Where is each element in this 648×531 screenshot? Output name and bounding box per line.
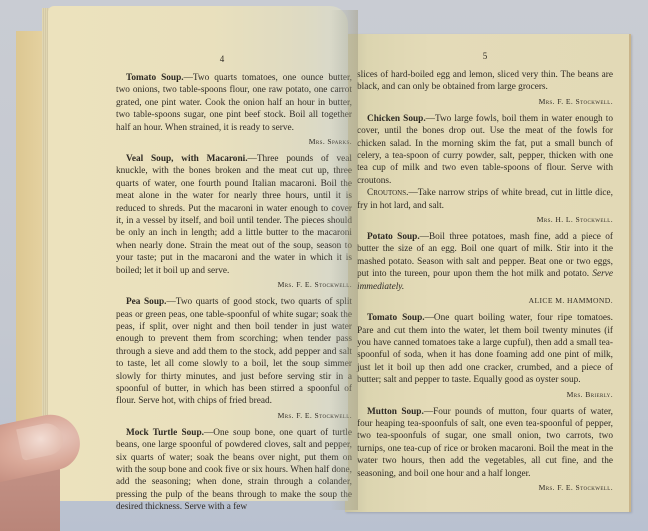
recipe-mutton-soup: Mutton Soup.—Four pounds of mutton, four… bbox=[357, 406, 613, 480]
recipe-title: Pea Soup. bbox=[126, 297, 167, 307]
recipe-attribution: Mrs. F. E. Stockwell. bbox=[357, 96, 613, 107]
recipe-croutons: Croutons.—Take narrow strips of white br… bbox=[357, 187, 613, 212]
left-page: 4 Tomato Soup.—Two quarts tomatoes, one … bbox=[48, 6, 348, 501]
recipe-chicken-soup: Chicken Soup.—Two large fowls, boil them… bbox=[357, 113, 613, 187]
recipe-title: Veal Soup, with Macaroni. bbox=[126, 154, 248, 164]
recipe-title: Potato Soup. bbox=[367, 232, 420, 242]
recipe-tomato-soup: Tomato Soup.—Two quarts tomatoes, one ou… bbox=[116, 72, 352, 134]
page-number: 5 bbox=[357, 51, 613, 61]
recipe-subtitle: Croutons. bbox=[367, 188, 408, 198]
recipe-attribution: Mrs. Brierly. bbox=[357, 389, 613, 400]
recipe-attribution: Mrs. F. E. Stockwell. bbox=[116, 279, 352, 290]
recipe-title: Mock Turtle Soup. bbox=[126, 428, 204, 438]
recipe-mock-turtle-soup: Mock Turtle Soup.—One soup bone, one qua… bbox=[116, 427, 352, 514]
recipe-continuation: slices of hard-boiled egg and lemon, sli… bbox=[357, 69, 613, 94]
recipe-title: Tomato Soup. bbox=[367, 313, 425, 323]
recipe-attribution: ALICE M. HAMMOND. bbox=[357, 295, 613, 306]
page-number: 4 bbox=[96, 54, 348, 64]
recipe-veal-soup: Veal Soup, with Macaroni.—Three pounds o… bbox=[116, 153, 352, 277]
recipe-potato-soup: Potato Soup.—Boil three potatoes, mash f… bbox=[357, 231, 613, 293]
recipe-attribution: Mrs. F. E. Stockwell. bbox=[116, 410, 352, 421]
recipe-title: Chicken Soup. bbox=[367, 114, 426, 124]
recipe-tomato-soup-2: Tomato Soup.—One quart boiling water, fo… bbox=[357, 312, 613, 386]
right-page: 5 slices of hard-boiled egg and lemon, s… bbox=[345, 34, 631, 512]
recipe-attribution: Mrs. H. L. Stockwell. bbox=[357, 214, 613, 225]
recipe-attribution: Mrs. F. E. Stockwell. bbox=[357, 482, 613, 493]
recipe-title: Tomato Soup. bbox=[126, 73, 184, 83]
recipe-title: Mutton Soup. bbox=[367, 407, 424, 417]
recipe-pea-soup: Pea Soup.—Two quarts of good stock, two … bbox=[116, 296, 352, 408]
recipe-attribution: Mrs. Sparks. bbox=[116, 136, 352, 147]
thumbnail-nail bbox=[16, 420, 66, 460]
